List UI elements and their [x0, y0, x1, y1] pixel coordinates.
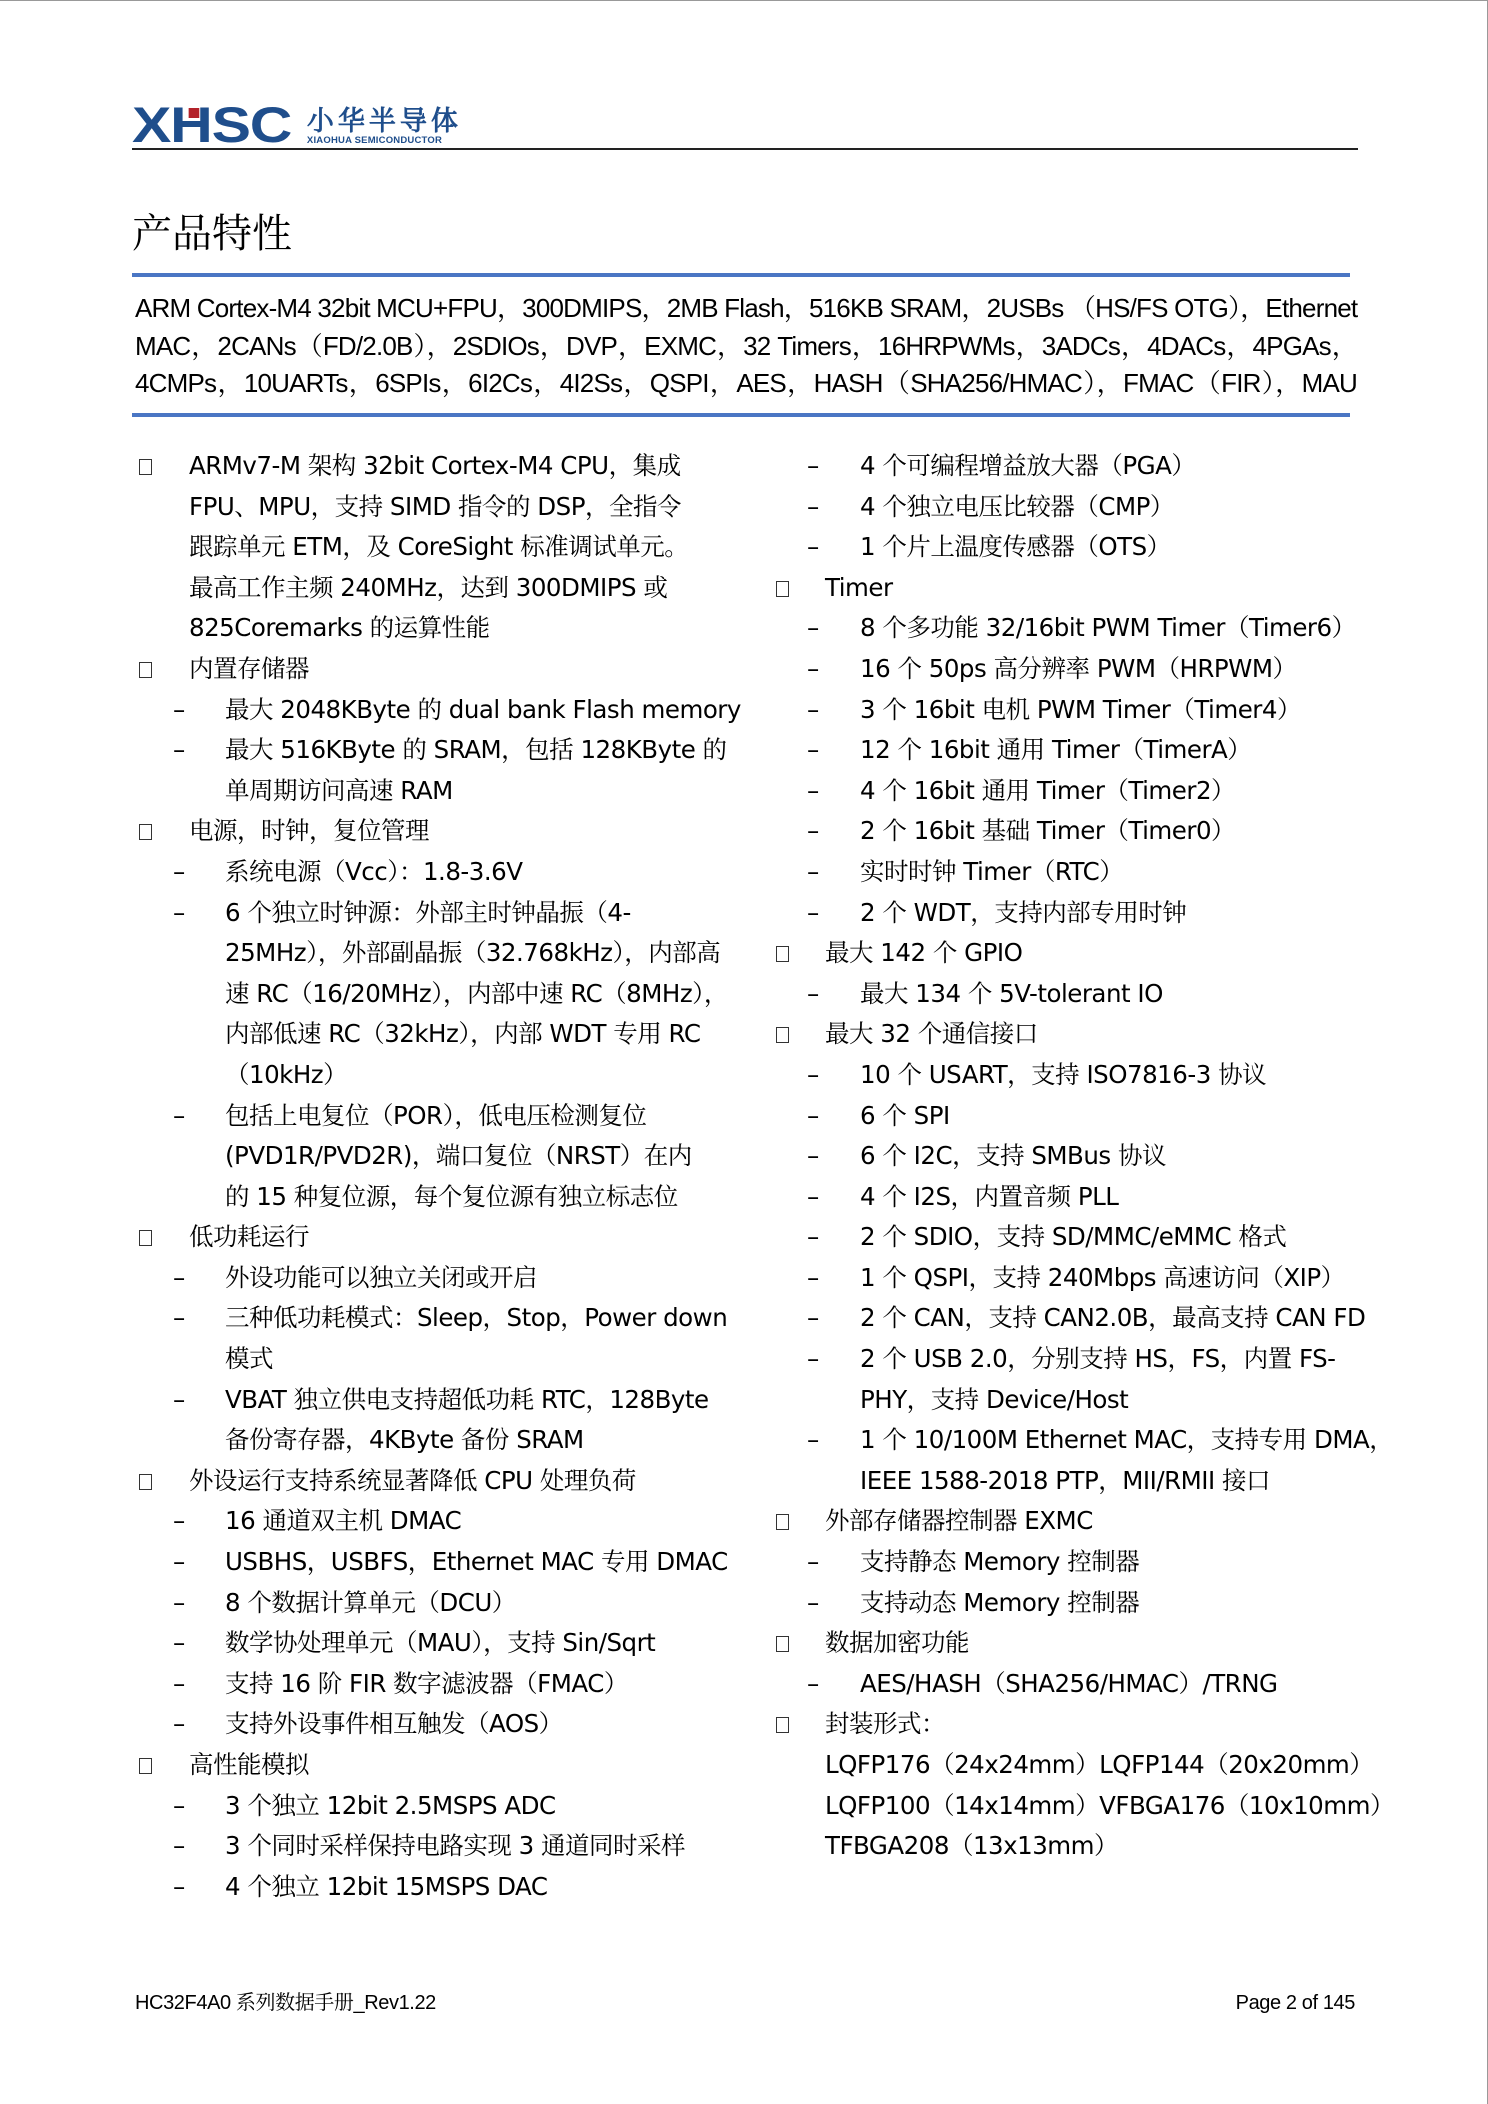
sub-item: – 8 个多功能 32/16bit PWM Timer（Timer6） — [775, 608, 1365, 649]
sub-item-text: 4 个独立 12bit 15MSPS DAC — [225, 1867, 735, 1908]
sub-item-text: 支持静态 Memory 控制器 — [860, 1542, 1365, 1583]
dash-bullet-icon: – — [807, 1217, 819, 1258]
sub-item-text: 10 个 USART，支持 ISO7816-3 协议 — [860, 1055, 1365, 1096]
sub-item-text: USBHS，USBFS，Ethernet MAC 专用 DMAC — [225, 1542, 735, 1583]
logo-mark-text: XHSC — [132, 97, 291, 153]
dash-bullet-icon: – — [173, 1542, 185, 1583]
checkbox-bullet-icon — [776, 1514, 789, 1530]
sub-item: – VBAT 独立供电支持超低功耗 RTC，128Byte 备份寄存器，4KBy… — [135, 1380, 735, 1461]
sub-item-text: VBAT 独立供电支持超低功耗 RTC，128Byte — [225, 1380, 735, 1421]
sub-item: – 1 个片上温度传感器（OTS） — [775, 527, 1365, 568]
sub-item: – 3 个 16bit 电机 PWM Timer（Timer4） — [775, 690, 1365, 731]
sub-item: – 1 个 QSPI，支持 240Mbps 高速访问（XIP） — [775, 1258, 1365, 1299]
dash-bullet-icon: – — [807, 852, 819, 893]
feature-memory: 内置存储器 — [135, 649, 735, 690]
checkbox-bullet-icon — [139, 1474, 152, 1490]
dash-bullet-icon: – — [173, 893, 185, 934]
dash-bullet-icon: – — [807, 730, 819, 771]
sub-item: – 8 个数据计算单元（DCU） — [135, 1583, 735, 1624]
dash-bullet-icon: – — [807, 771, 819, 812]
company-logo: XHSC 小华半导体 XIAOHUA SEMICONDUCTOR — [132, 104, 462, 146]
sub-item: – 系统电源（Vcc）：1.8-3.6V — [135, 852, 735, 893]
sub-item: – 最大 516KByte 的 SRAM，包括 128KByte 的 单周期访问… — [135, 730, 735, 811]
sub-item-text: 4 个独立电压比较器（CMP） — [860, 487, 1365, 528]
footer-document-name: HC32F4A0 系列数据手册_Rev1.22 — [135, 1990, 436, 2016]
sub-item: – 支持 16 阶 FIR 数字滤波器（FMAC） — [135, 1664, 735, 1705]
sub-item-text: 12 个 16bit 通用 Timer（TimerA） — [860, 730, 1365, 771]
sub-item-text: PHY，支持 Device/Host — [860, 1380, 1365, 1421]
sub-item-text: 1 个 QSPI，支持 240Mbps 高速访问（XIP） — [860, 1258, 1365, 1299]
sub-item: – 3 个同时采样保持电路实现 3 通道同时采样 — [135, 1826, 735, 1867]
checkbox-bullet-icon — [776, 1717, 789, 1733]
sub-item-text: 2 个 USB 2.0，分别支持 HS，FS，内置 FS- — [860, 1339, 1365, 1380]
sub-item: – 4 个 16bit 通用 Timer（Timer2） — [775, 771, 1365, 812]
logo-chinese-name: 小华半导体 — [307, 108, 462, 136]
dash-bullet-icon: – — [173, 1583, 185, 1624]
sub-item-text: 2 个 CAN，支持 CAN2.0B，最高支持 CAN FD — [860, 1298, 1365, 1339]
feature-communication: 最大 32 个通信接口 — [775, 1014, 1365, 1055]
section-title: 外设运行支持系统显著降低 CPU 处理负荷 — [189, 1461, 735, 1502]
package-option: LQFP144（20x20mm） — [1099, 1745, 1373, 1786]
sub-item-text: 3 个独立 12bit 2.5MSPS ADC — [225, 1786, 735, 1827]
dash-bullet-icon: – — [807, 893, 819, 934]
feature-analog: 高性能模拟 — [135, 1745, 735, 1786]
dash-bullet-icon: – — [173, 1258, 185, 1299]
sub-item: – 6 个 I2C，支持 SMBus 协议 — [775, 1136, 1365, 1177]
sub-item: – 16 个 50ps 高分辨率 PWM（HRPWM） — [775, 649, 1365, 690]
sub-item-text: 6 个独立时钟源：外部主时钟晶振（4- — [225, 893, 735, 934]
dash-bullet-icon: – — [807, 974, 819, 1015]
package-option: LQFP176（24x24mm） — [825, 1745, 1099, 1786]
sub-item-text: 最大 134 个 5V-tolerant IO — [860, 974, 1365, 1015]
sub-item-text: （10kHz） — [225, 1055, 735, 1096]
section-title: 电源，时钟，复位管理 — [189, 811, 735, 852]
checkbox-bullet-icon — [776, 581, 789, 597]
dash-bullet-icon: – — [807, 1177, 819, 1218]
dash-bullet-icon: – — [807, 811, 819, 852]
dash-bullet-icon: – — [807, 1664, 819, 1705]
checkbox-bullet-icon — [139, 1230, 152, 1246]
package-row: TFBGA208（13x13mm） — [825, 1826, 1365, 1867]
header-divider — [132, 148, 1358, 150]
feature-text: ARMv7-M 架构 32bit Cortex-M4 CPU，集成 — [189, 446, 735, 487]
sub-item: – 10 个 USART，支持 ISO7816-3 协议 — [775, 1055, 1365, 1096]
dash-bullet-icon: – — [807, 1055, 819, 1096]
checkbox-bullet-icon — [139, 662, 152, 678]
product-summary: ARM Cortex-M4 32bit MCU+FPU，300DMIPS，2MB… — [135, 290, 1357, 403]
sub-item-text: IEEE 1588-2018 PTP，MII/RMII 接口 — [860, 1461, 1365, 1502]
sub-item-text: 16 个 50ps 高分辨率 PWM（HRPWM） — [860, 649, 1365, 690]
sub-item-text: 8 个数据计算单元（DCU） — [225, 1583, 735, 1624]
sub-item: – 外设功能可以独立关闭或开启 — [135, 1258, 735, 1299]
dash-bullet-icon: – — [173, 690, 185, 731]
dash-bullet-icon: – — [807, 487, 819, 528]
feature-text: 825Coremarks 的运算性能 — [189, 608, 735, 649]
section-title: 最大 32 个通信接口 — [825, 1014, 1365, 1055]
sub-item-text: 模式 — [225, 1339, 735, 1380]
sub-item: – 12 个 16bit 通用 Timer（TimerA） — [775, 730, 1365, 771]
dash-bullet-icon: – — [173, 1826, 185, 1867]
sub-item: – USBHS，USBFS，Ethernet MAC 专用 DMAC — [135, 1542, 735, 1583]
logo-mark: XHSC — [132, 104, 291, 146]
sub-item-text: 最大 2048KByte 的 dual bank Flash memory — [225, 690, 735, 731]
sub-item: – 4 个 I2S，内置音频 PLL — [775, 1177, 1365, 1218]
feature-peripheral-offload: 外设运行支持系统显著降低 CPU 处理负荷 — [135, 1461, 735, 1502]
dash-bullet-icon: – — [807, 1258, 819, 1299]
sub-item-text: 6 个 I2C，支持 SMBus 协议 — [860, 1136, 1365, 1177]
sub-item-text: 系统电源（Vcc）：1.8-3.6V — [225, 852, 735, 893]
sub-item: – 实时时钟 Timer（RTC） — [775, 852, 1365, 893]
page-title: 产品特性 — [132, 210, 292, 258]
sub-item-text: 3 个同时采样保持电路实现 3 通道同时采样 — [225, 1826, 735, 1867]
page-header: XHSC 小华半导体 XIAOHUA SEMICONDUCTOR — [132, 100, 1358, 150]
summary-line: ARM Cortex-M4 32bit MCU+FPU，300DMIPS，2MB… — [135, 290, 1357, 328]
section-title: 内置存储器 — [189, 649, 735, 690]
dash-bullet-icon: – — [807, 1542, 819, 1583]
sub-item-text: 的 15 种复位源，每个复位源有独立标志位 — [225, 1177, 735, 1218]
sub-item-text: 备份寄存器，4KByte 备份 SRAM — [225, 1420, 735, 1461]
dash-bullet-icon: – — [173, 1664, 185, 1705]
sub-item-text: 2 个 16bit 基础 Timer（Timer0） — [860, 811, 1365, 852]
sub-item: – 1 个 10/100M Ethernet MAC，支持专用 DMA， IEE… — [775, 1420, 1365, 1501]
sub-item-text: 支持动态 Memory 控制器 — [860, 1583, 1365, 1624]
sub-item-text: 4 个可编程增益放大器（PGA） — [860, 446, 1365, 487]
features-left-column: ARMv7-M 架构 32bit Cortex-M4 CPU，集成 FPU、MP… — [135, 446, 735, 1907]
package-option: LQFP100（14x14mm） — [825, 1786, 1099, 1827]
dash-bullet-icon: – — [173, 730, 185, 771]
sub-item-text: 单周期访问高速 RAM — [225, 771, 735, 812]
dash-bullet-icon: – — [173, 1867, 185, 1908]
feature-text: 跟踪单元 ETM，及 CoreSight 标准调试单元。 — [189, 527, 735, 568]
sub-item: – 支持外设事件相互触发（AOS） — [135, 1704, 735, 1745]
sub-item: – 三种低功耗模式：Sleep，Stop，Power down 模式 — [135, 1298, 735, 1379]
checkbox-bullet-icon — [776, 946, 789, 962]
checkbox-bullet-icon — [139, 1758, 152, 1774]
sub-item: – 支持静态 Memory 控制器 — [775, 1542, 1365, 1583]
sub-item: – AES/HASH（SHA256/HMAC）/TRNG — [775, 1664, 1365, 1705]
feature-text: 最高工作主频 240MHz，达到 300DMIPS 或 — [189, 568, 735, 609]
sub-item: – 4 个可编程增益放大器（PGA） — [775, 446, 1365, 487]
title-divider — [132, 273, 1350, 277]
sub-item-text: 三种低功耗模式：Sleep，Stop，Power down — [225, 1298, 735, 1339]
section-title: 低功耗运行 — [189, 1217, 735, 1258]
feature-cpu: ARMv7-M 架构 32bit Cortex-M4 CPU，集成 FPU、MP… — [135, 446, 735, 649]
sub-item-text: 数学协处理单元（MAU），支持 Sin/Sqrt — [225, 1623, 735, 1664]
package-option: TFBGA208（13x13mm） — [825, 1826, 1100, 1867]
sub-item-text: 支持外设事件相互触发（AOS） — [225, 1704, 735, 1745]
sub-item: – 16 通道双主机 DMAC — [135, 1501, 735, 1542]
section-title: 最大 142 个 GPIO — [825, 933, 1365, 974]
package-row: LQFP100（14x14mm） VFBGA176（10x10mm） — [825, 1786, 1365, 1827]
sub-item: – 支持动态 Memory 控制器 — [775, 1583, 1365, 1624]
feature-package: 封装形式： LQFP176（24x24mm） LQFP144（20x20mm） … — [775, 1704, 1365, 1866]
feature-gpio: 最大 142 个 GPIO — [775, 933, 1365, 974]
package-row: LQFP176（24x24mm） LQFP144（20x20mm） — [825, 1745, 1365, 1786]
sub-item-text: 支持 16 阶 FIR 数字滤波器（FMAC） — [225, 1664, 735, 1705]
checkbox-bullet-icon — [776, 1027, 789, 1043]
sub-item: – 3 个独立 12bit 2.5MSPS ADC — [135, 1786, 735, 1827]
section-title: 外部存储器控制器 EXMC — [825, 1501, 1365, 1542]
sub-item-text: 6 个 SPI — [860, 1096, 1365, 1137]
sub-item: – 4 个独立 12bit 15MSPS DAC — [135, 1867, 735, 1908]
sub-item: – 包括上电复位（POR），低电压检测复位 (PVD1R/PVD2R)，端口复位… — [135, 1096, 735, 1218]
sub-item-text: (PVD1R/PVD2R)，端口复位（NRST）在内 — [225, 1136, 735, 1177]
summary-line: 4CMPs，10UARTs，6SPIs，6I2Cs，4I2Ss，QSPI，AES… — [135, 365, 1357, 403]
sub-item-text: 4 个 16bit 通用 Timer（Timer2） — [860, 771, 1365, 812]
logo-english-name: XIAOHUA SEMICONDUCTOR — [307, 136, 462, 146]
sub-item-text: 2 个 SDIO，支持 SD/MMC/eMMC 格式 — [860, 1217, 1365, 1258]
sub-item-text: 25MHz），外部副晶振（32.768kHz），内部高 — [225, 933, 735, 974]
sub-item-text: 3 个 16bit 电机 PWM Timer（Timer4） — [860, 690, 1365, 731]
summary-line: MAC，2CANs（FD/2.0B），2SDIOs，DVP，EXMC，32 Ti… — [135, 328, 1357, 366]
dash-bullet-icon: – — [173, 1501, 185, 1542]
dash-bullet-icon: – — [807, 1136, 819, 1177]
sub-item-text: 2 个 WDT，支持内部专用时钟 — [860, 893, 1365, 934]
sub-item: – 6 个独立时钟源：外部主时钟晶振（4- 25MHz），外部副晶振（32.76… — [135, 893, 735, 1096]
sub-item-text: 1 个片上温度传感器（OTS） — [860, 527, 1365, 568]
sub-item-text: 外设功能可以独立关闭或开启 — [225, 1258, 735, 1299]
dash-bullet-icon: – — [173, 852, 185, 893]
dash-bullet-icon: – — [807, 1583, 819, 1624]
feature-low-power: 低功耗运行 — [135, 1217, 735, 1258]
sub-item-text: 4 个 I2S，内置音频 PLL — [860, 1177, 1365, 1218]
dash-bullet-icon: – — [807, 1420, 819, 1461]
dash-bullet-icon: – — [807, 690, 819, 731]
dash-bullet-icon: – — [807, 608, 819, 649]
dash-bullet-icon: – — [173, 1704, 185, 1745]
checkbox-bullet-icon — [776, 1636, 789, 1652]
logo-red-square-icon — [189, 108, 200, 118]
checkbox-bullet-icon — [139, 824, 152, 840]
sub-item: – 数学协处理单元（MAU），支持 Sin/Sqrt — [135, 1623, 735, 1664]
dash-bullet-icon: – — [807, 1096, 819, 1137]
sub-item: – 最大 134 个 5V-tolerant IO — [775, 974, 1365, 1015]
summary-divider — [132, 413, 1350, 417]
section-title: 数据加密功能 — [825, 1623, 1365, 1664]
sub-item: – 2 个 WDT，支持内部专用时钟 — [775, 893, 1365, 934]
section-title: 高性能模拟 — [189, 1745, 735, 1786]
dash-bullet-icon: – — [173, 1096, 185, 1137]
feature-power-clock-reset: 电源，时钟，复位管理 — [135, 811, 735, 852]
sub-item-text: 实时时钟 Timer（RTC） — [860, 852, 1365, 893]
checkbox-bullet-icon — [139, 459, 152, 475]
feature-exmc: 外部存储器控制器 EXMC — [775, 1501, 1365, 1542]
sub-item: – 2 个 CAN，支持 CAN2.0B，最高支持 CAN FD — [775, 1298, 1365, 1339]
sub-item: – 最大 2048KByte 的 dual bank Flash memory — [135, 690, 735, 731]
features-right-column: – 4 个可编程增益放大器（PGA） – 4 个独立电压比较器（CMP） – 1… — [775, 446, 1365, 1867]
dash-bullet-icon: – — [807, 527, 819, 568]
footer-page-number: Page 2 of 145 — [1236, 1990, 1355, 2016]
sub-item-text: 速 RC（16/20MHz），内部中速 RC（8MHz）， — [225, 974, 735, 1015]
dash-bullet-icon: – — [807, 1339, 819, 1380]
dash-bullet-icon: – — [173, 1786, 185, 1827]
sub-item: – 4 个独立电压比较器（CMP） — [775, 487, 1365, 528]
section-title: Timer — [825, 568, 1365, 609]
dash-bullet-icon: – — [807, 1298, 819, 1339]
sub-item-text: 内部低速 RC（32kHz），内部 WDT 专用 RC — [225, 1014, 735, 1055]
sub-item: – 6 个 SPI — [775, 1096, 1365, 1137]
dash-bullet-icon: – — [807, 446, 819, 487]
package-option: VFBGA176（10x10mm） — [1099, 1786, 1394, 1827]
dash-bullet-icon: – — [807, 649, 819, 690]
feature-timer: Timer — [775, 568, 1365, 609]
feature-text: FPU、MPU，支持 SIMD 指令的 DSP，全指令 — [189, 487, 735, 528]
sub-item-text: 1 个 10/100M Ethernet MAC，支持专用 DMA， — [860, 1420, 1365, 1461]
section-title: 封装形式： — [825, 1704, 1365, 1745]
sub-item: – 2 个 SDIO，支持 SD/MMC/eMMC 格式 — [775, 1217, 1365, 1258]
sub-item: – 2 个 USB 2.0，分别支持 HS，FS，内置 FS- PHY，支持 D… — [775, 1339, 1365, 1420]
sub-item-text: 包括上电复位（POR），低电压检测复位 — [225, 1096, 735, 1137]
sub-item-text: 8 个多功能 32/16bit PWM Timer（Timer6） — [860, 608, 1365, 649]
dash-bullet-icon: – — [173, 1380, 185, 1421]
feature-crypto: 数据加密功能 — [775, 1623, 1365, 1664]
sub-item: – 2 个 16bit 基础 Timer（Timer0） — [775, 811, 1365, 852]
sub-item-text: 最大 516KByte 的 SRAM，包括 128KByte 的 — [225, 730, 735, 771]
sub-item-text: AES/HASH（SHA256/HMAC）/TRNG — [860, 1664, 1365, 1705]
logo-text: 小华半导体 XIAOHUA SEMICONDUCTOR — [307, 108, 462, 146]
dash-bullet-icon: – — [173, 1623, 185, 1664]
dash-bullet-icon: – — [173, 1298, 185, 1339]
sub-item-text: 16 通道双主机 DMAC — [225, 1501, 735, 1542]
